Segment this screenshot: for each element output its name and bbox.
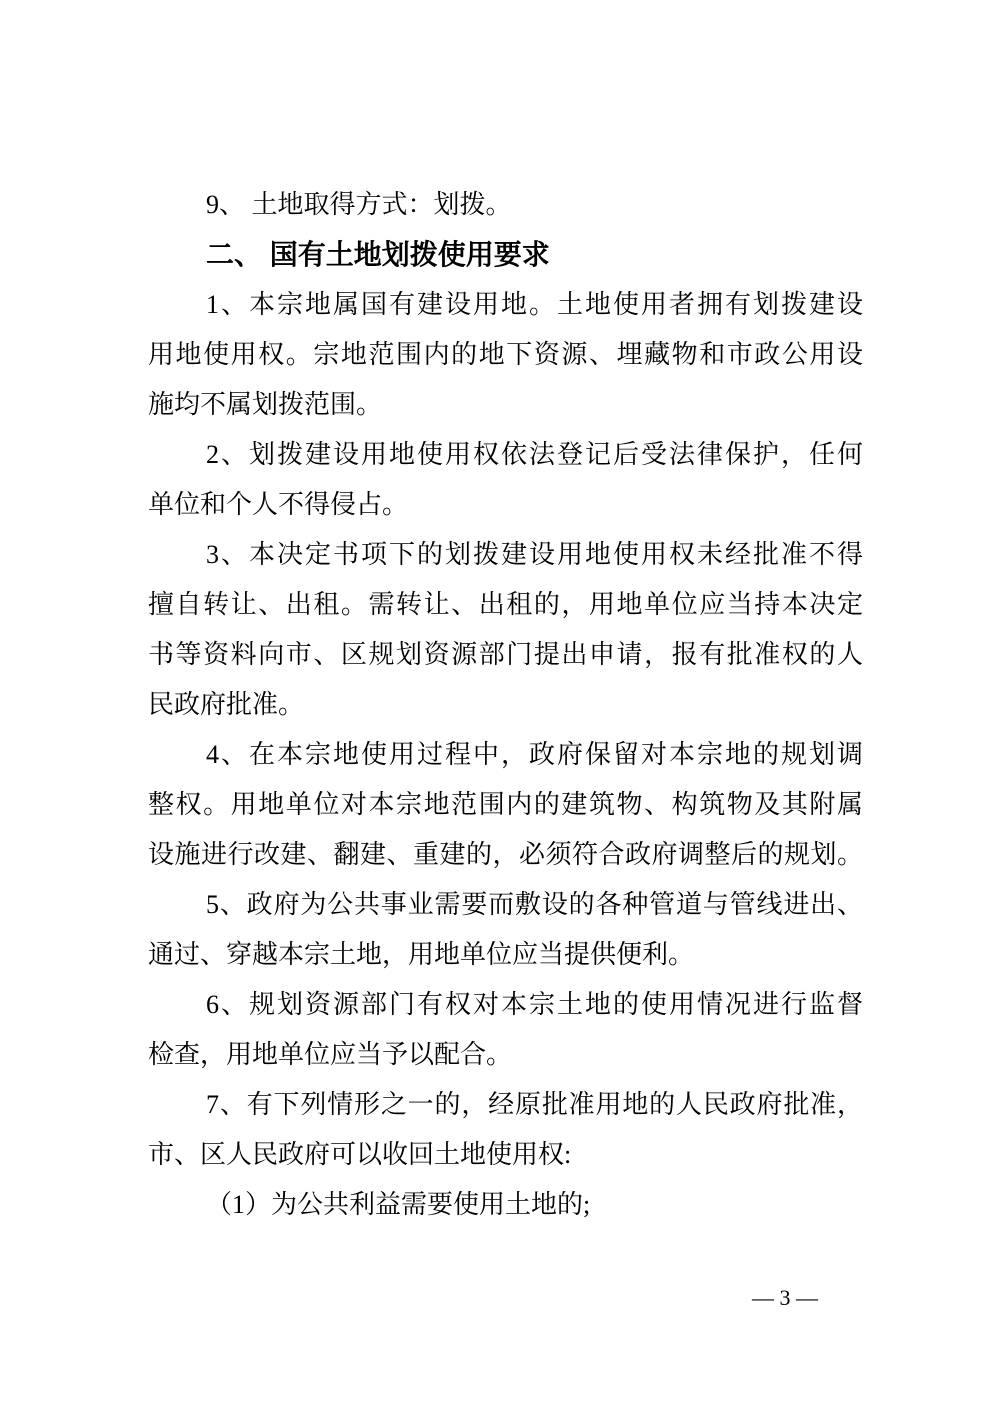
document-line: 4、在本宗地使用过程中，政府保留对本宗地的规划调 [148,730,863,780]
section-heading: 二、 国有土地划拨使用要求 [148,230,863,280]
document-line: 书等资料向市、区规划资源部门提出申请，报有批准权的人 [148,630,863,680]
page-number: — 3 — [735,1282,835,1314]
document-line: 9、 土地取得方式：划拨。 [148,180,863,230]
document-line: 设施进行改建、翻建、重建的，必须符合政府调整后的规划。 [148,830,863,880]
document-line: 擅自转让、出租。需转让、出租的，用地单位应当持本决定 [148,580,863,630]
document-line: （1）为公共利益需要使用土地的; [148,1180,863,1230]
document-page: 9、 土地取得方式：划拨。 二、 国有土地划拨使用要求 1、本宗地属国有建设用地… [0,0,992,1403]
document-line: 5、政府为公共事业需要而敷设的各种管道与管线进出、 [148,880,863,930]
document-line: 用地使用权。宗地范围内的地下资源、埋藏物和市政公用设 [148,330,863,380]
document-line: 2、划拨建设用地使用权依法登记后受法律保护，任何 [148,430,863,480]
document-line: 整权。用地单位对本宗地范围内的建筑物、构筑物及其附属 [148,780,863,830]
document-line: 7、有下列情形之一的，经原批准用地的人民政府批准， [148,1080,863,1130]
document-body: 9、 土地取得方式：划拨。 二、 国有土地划拨使用要求 1、本宗地属国有建设用地… [148,180,863,1230]
document-line: 6、规划资源部门有权对本宗土地的使用情况进行监督 [148,980,863,1030]
document-line: 3、本决定书项下的划拨建设用地使用权未经批准不得 [148,530,863,580]
document-line: 市、区人民政府可以收回土地使用权: [148,1130,863,1180]
document-line: 施均不属划拨范围。 [148,380,863,430]
document-line: 1、本宗地属国有建设用地。土地使用者拥有划拨建设 [148,280,863,330]
document-line: 检查，用地单位应当予以配合。 [148,1030,863,1080]
document-line: 单位和个人不得侵占。 [148,480,863,530]
document-line: 通过、穿越本宗土地，用地单位应当提供便利。 [148,930,863,980]
document-line: 民政府批准。 [148,680,863,730]
